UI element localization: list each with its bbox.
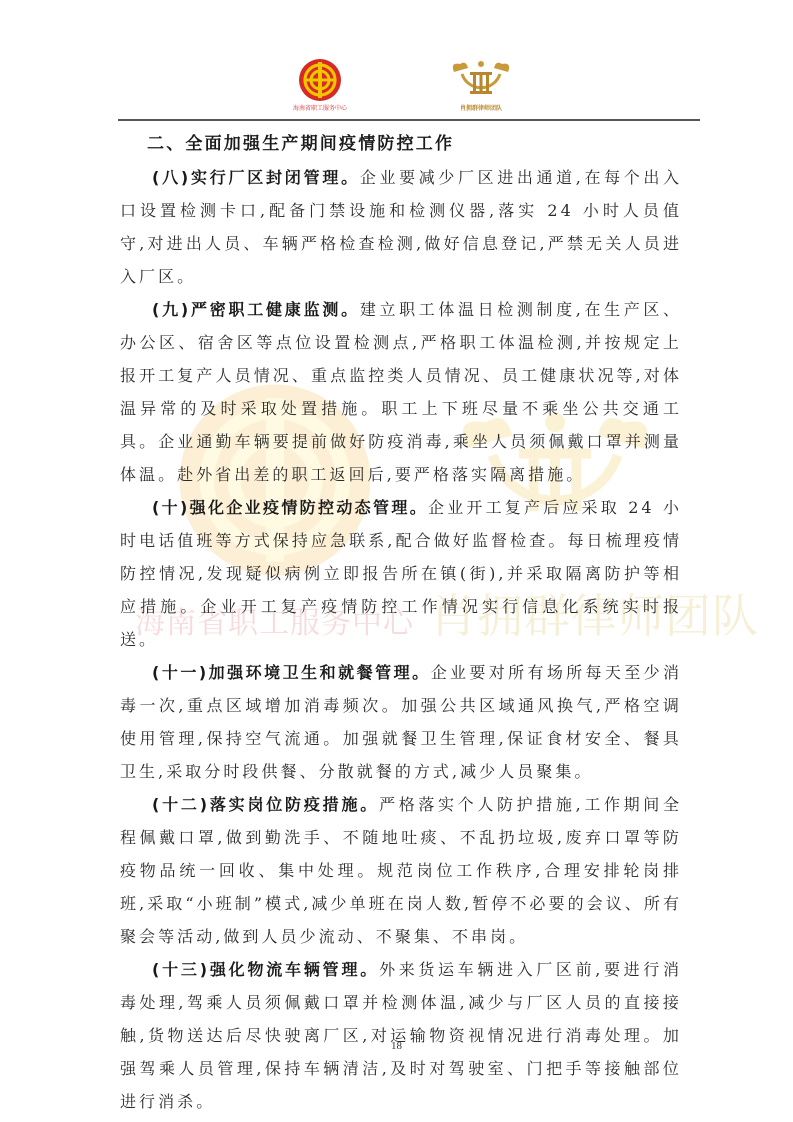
paragraph-lead: (十三)强化物流车辆管理。 [152,960,379,979]
paragraph-text: 外来货运车辆进入厂区前,要进行消毒处理,驾乘人员须佩戴口罩并检测体温,减少与厂区… [120,960,682,1111]
paragraph-text: 企业开工复产后应采取 24 小时电话值班等方式保持应急联系,配合做好监督检查。每… [120,498,682,649]
paragraph-lead: (十一)加强环境卫生和就餐管理。 [152,663,431,682]
paragraph-10: (十)强化企业疫情防控动态管理。企业开工复产后应采取 24 小时电话值班等方式保… [120,491,682,656]
trade-union-logo: 海南省职工服务中心 [275,58,365,112]
page-number: 18 [0,1040,793,1052]
paragraph-text: 严格落实个人防护措施,工作期间全程佩戴口罩,做到勤洗手、不随地吐痰、不乱扔垃圾,… [120,795,682,946]
section-title: 二、全面加强生产期间疫情防控工作 [147,128,682,161]
right-logo-caption: 肖拥群律师团队 [436,103,526,112]
paragraph-9: (九)严密职工健康监测。建立职工体温日检测制度,在生产区、办公区、宿舍区等点位设… [120,293,682,491]
paragraph-13: (十三)强化物流车辆管理。外来货运车辆进入厂区前,要进行消毒处理,驾乘人员须佩戴… [120,953,682,1118]
paragraph-11: (十一)加强环境卫生和就餐管理。企业要对所有场所每天至少消毒一次,重点区域增加消… [120,656,682,788]
paragraph-lead: (八)实行厂区封闭管理。 [152,168,360,187]
trade-union-emblem-icon [298,58,342,102]
paragraph-lead: (十二)落实岗位防疫措施。 [152,795,379,814]
paragraph-lead: (十)强化企业疫情防控动态管理。 [152,498,428,517]
left-logo-caption: 海南省职工服务中心 [275,103,365,112]
paragraph-lead: (九)严密职工健康监测。 [152,300,360,319]
paragraph-text: 建立职工体温日检测制度,在生产区、办公区、宿舍区等点位设置检测点,严格职工体温检… [120,300,682,484]
law-firm-pillar-emblem-icon [446,58,516,102]
paragraph-12: (十二)落实岗位防疫措施。严格落实个人防护措施,工作期间全程佩戴口罩,做到勤洗手… [120,788,682,953]
document-body: 二、全面加强生产期间疫情防控工作 (八)实行厂区封闭管理。企业要减少厂区进出通道… [120,128,682,1118]
paragraph-8: (八)实行厂区封闭管理。企业要减少厂区进出通道,在每个出入口设置检测卡口,配备门… [120,161,682,293]
header-divider [118,119,700,121]
page-header: 海南省职工服务中心 肖拥群律师团队 [0,58,793,118]
law-team-logo: 肖拥群律师团队 [436,58,526,112]
